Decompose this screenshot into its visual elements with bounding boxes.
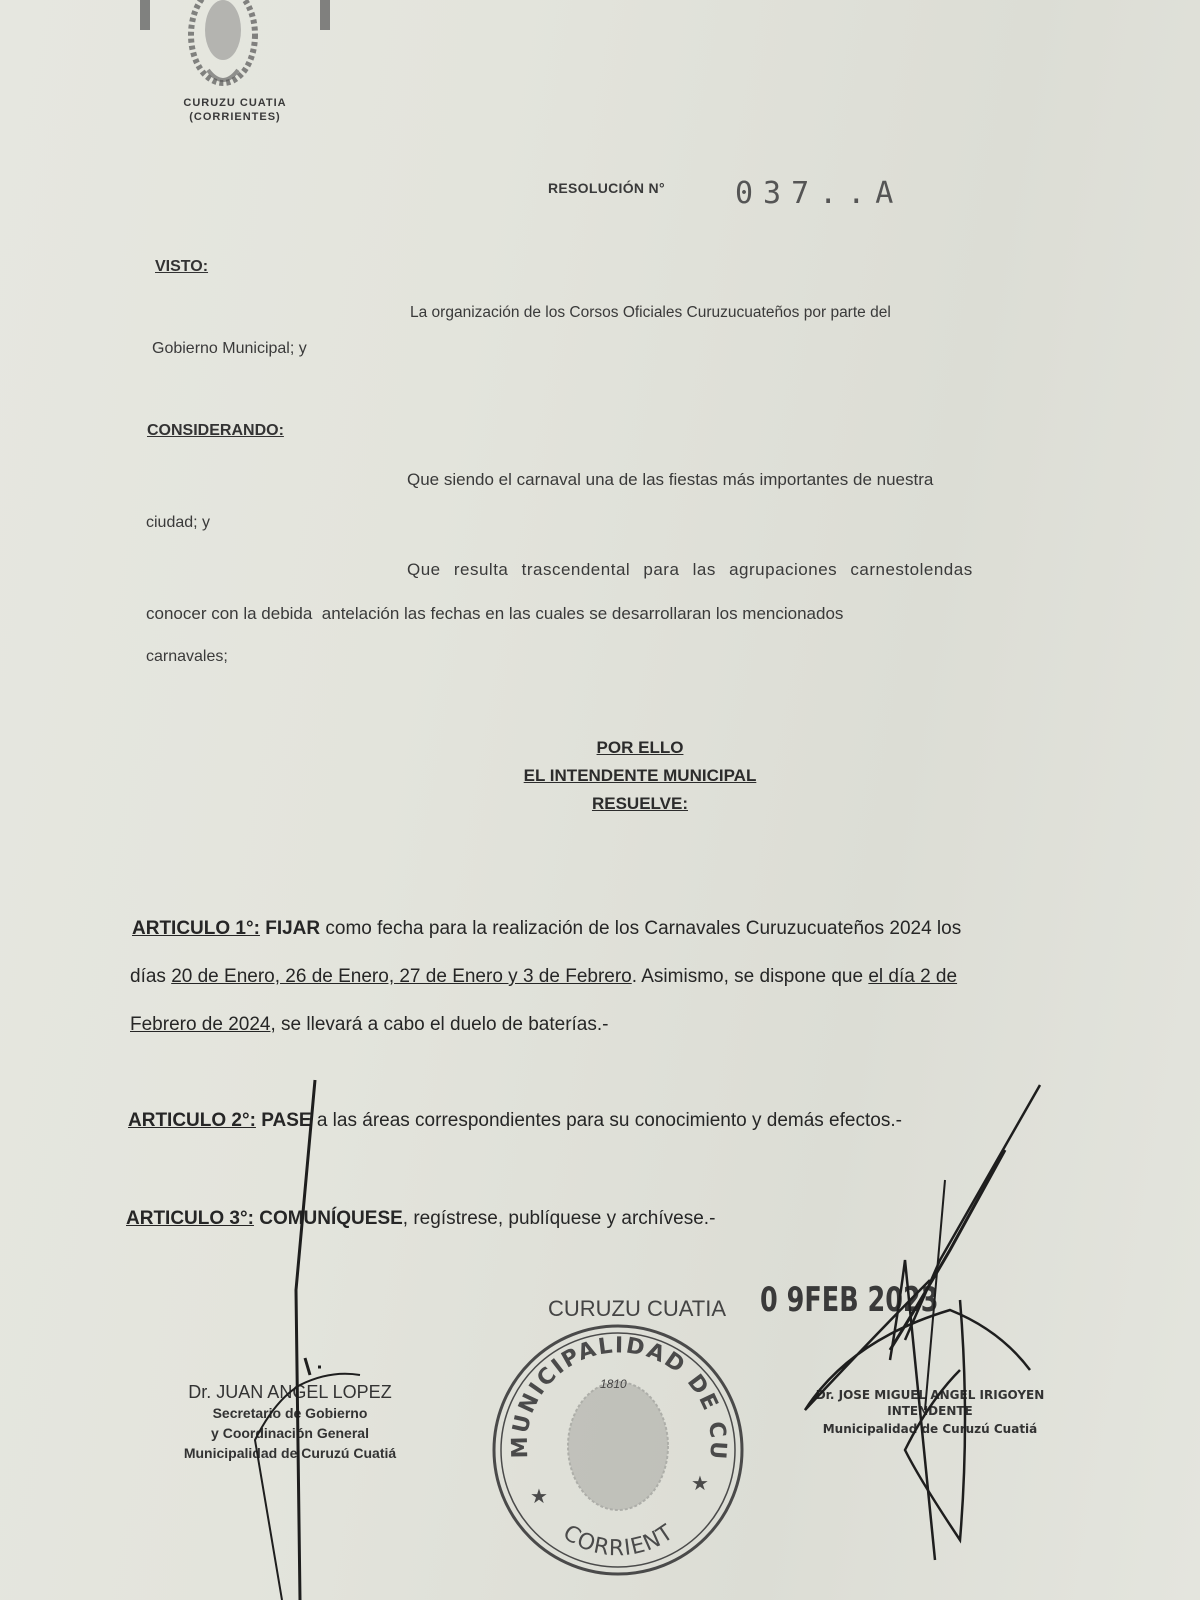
handwritten-signatures — [0, 0, 1200, 1600]
